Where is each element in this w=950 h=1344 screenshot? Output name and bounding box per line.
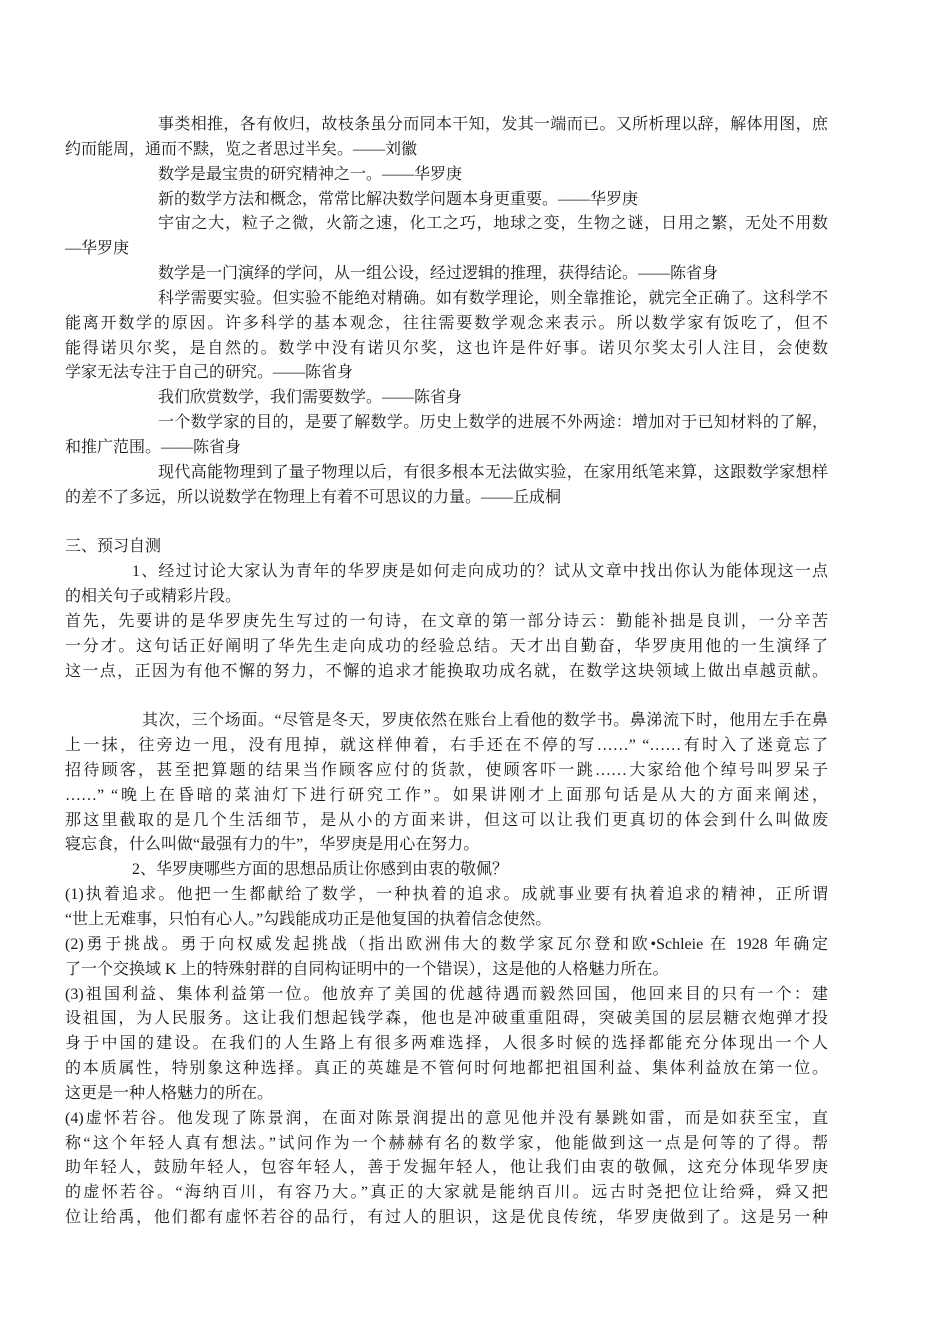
quote-chen-xingshen-2: 科学需要实验。但实验不能绝对精确。如有数学理论，则全靠推论，就完全正确了。这科学… [65,287,828,386]
text-line: 这一点，正因为有他不懈的努力，不懈的追求才能换取功成名就，在数学这块领域上做出卓… [65,660,828,685]
document-text-body: 事类相推，各有攸归，故枝条虽分而同本干知，发其一端而已。又所析理以辞，解体用图，… [65,113,828,1231]
answer-q2-item-3: (3)祖国利益、集体利益第一位。他放弃了美国的优越待遇而毅然回国，他回来目的只有… [65,983,828,1107]
quote-hua-luogeng-1: 数学是最宝贵的研究精神之一。——华罗庚 [65,163,828,188]
text-line: 的相关句子或精彩片段。 [65,585,828,610]
text-line: 和推广范围。——陈省身 [65,436,828,461]
text-line: 其次，三个场面。“尽管是冬天，罗庚依然在账台上看他的数学书。鼻涕流下时，他用左手… [65,709,828,734]
text-line: 学家无法专注于自己的研究。——陈省身 [65,361,828,386]
text-line: 身于中国的建设。在我们的人生路上有很多两难选择，人很多时候的选择都能充分体现出一… [65,1032,828,1057]
text-line: 设祖国，为人民服务。这让我们想起钱学森，他也是冲破重重阻碍，突破美国的层层糖衣炮… [65,1007,828,1032]
text-line: 2、华罗庚哪些方面的思想品质让你感到由衷的敬佩？ [65,858,828,883]
text-line: 数学是最宝贵的研究精神之一。——华罗庚 [65,163,828,188]
text-line: 三、预习自测 [65,535,828,560]
text-line: 上一抹，往旁边一甩，没有甩掉，就这样伸着，右手还在不停的写……” “……有时入了… [65,734,828,759]
question-1: 1、经过讨论大家认为青年的华罗庚是如何走向成功的？试从文章中找出你认为能体现这一… [65,560,828,610]
section-heading-preview-self-test: 三、预习自测 [65,535,828,560]
text-line: 了一个交换域 K 上的特殊射群的自同构证明中的一个错误），这是他的人格魅力所在。 [65,958,828,983]
text-line: —华罗庚 [65,237,828,262]
text-line: 那这里截取的是几个生活细节，是从小的方面来讲，但这可以让我们更真切的体会到什么叫… [65,809,828,834]
text-line: 一分才。这句话正好阐明了华先生走向成功的经验总结。天才出自勤奋，华罗庚用他的一生… [65,635,828,660]
quote-chen-xingshen-4: 一个数学家的目的，是要了解数学。历史上数学的进展不外两途：增加对于已知材料的了解… [65,411,828,461]
answer-q1-first: 首先，先要讲的是华罗庚先生写过的一句诗，在文章的第一部分诗云：勤能补拙是良训，一… [65,610,828,685]
text-line: 的虚怀若谷。“海纳百川，有容乃大。”真正的大家就是能纳百川。远古时尧把位让给舜，… [65,1181,828,1206]
text-line: 事类相推，各有攸归，故枝条虽分而同本干知，发其一端而已。又所析理以辞，解体用图，… [65,113,828,138]
text-line: 现代高能物理到了量子物理以后，有很多根本无法做实验，在家用纸笔来算，这跟数学家想… [65,461,828,486]
text-line: 位让给禹，他们都有虚怀若谷的品行，有过人的胆识，这是优良传统，华罗庚做到了。这是… [65,1206,828,1231]
text-line: 一个数学家的目的，是要了解数学。历史上数学的进展不外两途：增加对于已知材料的了解… [65,411,828,436]
quote-qiu-chengtong: 现代高能物理到了量子物理以后，有很多根本无法做实验，在家用纸笔来算，这跟数学家想… [65,461,828,511]
document-page: 事类相推，各有攸归，故枝条虽分而同本干知，发其一端而已。又所析理以辞，解体用图，… [0,0,950,1344]
text-line: 数学是一门演绎的学问，从一组公设，经过逻辑的推理，获得结论。——陈省身 [65,262,828,287]
text-line: 能离开数学的原因。许多科学的基本观念，往往需要数学观念来表示。所以数学家有饭吃了… [65,312,828,337]
text-line: 这更是一种人格魅力的所在。 [65,1082,828,1107]
answer-q2-item-1: (1)执着追求。他把一生都献给了数学，一种执着的追求。成就事业要有执着追求的精神… [65,883,828,933]
text-line: (1)执着追求。他把一生都献给了数学，一种执着的追求。成就事业要有执着追求的精神… [65,883,828,908]
answer-q1-second: 其次，三个场面。“尽管是冬天，罗庚依然在账台上看他的数学书。鼻涕流下时，他用左手… [65,709,828,858]
text-line: 约而能周，通而不黩，览之者思过半矣。——刘徽 [65,138,828,163]
text-line: 招待顾客，甚至把算题的结果当作顾客应付的货款，使顾客吓一跳……大家给他个绰号叫罗… [65,759,828,784]
answer-q2-item-2: (2)勇于挑战。勇于向权威发起挑战（指出欧洲伟大的数学家瓦尔登和欧•Schlei… [65,933,828,983]
quote-chen-xingshen-1: 数学是一门演绎的学问，从一组公设，经过逻辑的推理，获得结论。——陈省身 [65,262,828,287]
blank-line [65,511,828,536]
quote-hua-luogeng-2: 新的数学方法和概念，常常比解决数学问题本身更重要。——华罗庚 [65,188,828,213]
quote-hua-luogeng-3: 宇宙之大，粒子之微，火箭之速，化工之巧，地球之变，生物之谜，日用之繁，无处不用数… [65,212,828,262]
text-line: (3)祖国利益、集体利益第一位。他放弃了美国的优越待遇而毅然回国，他回来目的只有… [65,983,828,1008]
text-line: 首先，先要讲的是华罗庚先生写过的一句诗，在文章的第一部分诗云：勤能补拙是良训，一… [65,610,828,635]
text-line: 的本质属性，特别象这种选择。真正的英雄是不管何时何地都把祖国利益、集体利益放在第… [65,1057,828,1082]
quote-liu-hui: 事类相推，各有攸归，故枝条虽分而同本干知，发其一端而已。又所析理以辞，解体用图，… [65,113,828,163]
text-line: ……” “晚上在昏暗的菜油灯下进行研究工作”。如果讲刚才上面那句话是从大的方面来… [65,784,828,809]
text-line: 宇宙之大，粒子之微，火箭之速，化工之巧，地球之变，生物之谜，日用之繁，无处不用数… [65,212,828,237]
blank-line [65,684,828,709]
text-line: 助年轻人，鼓励年轻人，包容年轻人，善于发掘年轻人，他让我们由衷的敬佩，这充分体现… [65,1156,828,1181]
text-line: 称“这个年轻人真有想法。”试问作为一个赫赫有名的数学家，他能做到这一点是何等的了… [65,1132,828,1157]
text-line: 寝忘食，什么叫做“最强有力的牛”，华罗庚是用心在努力。 [65,833,828,858]
text-line: 1、经过讨论大家认为青年的华罗庚是如何走向成功的？试从文章中找出你认为能体现这一… [65,560,828,585]
text-line: (4)虚怀若谷。他发现了陈景润，在面对陈景润提出的意见他并没有暴跳如雷，而是如获… [65,1107,828,1132]
text-line: 我们欣赏数学，我们需要数学。——陈省身 [65,386,828,411]
text-line: “世上无难事，只怕有心人。”勾践能成功正是他复国的执着信念使然。 [65,908,828,933]
question-2: 2、华罗庚哪些方面的思想品质让你感到由衷的敬佩？ [65,858,828,883]
text-line: 的差不了多远，所以说数学在物理上有着不可思议的力量。——丘成桐 [65,486,828,511]
text-line: 新的数学方法和概念，常常比解决数学问题本身更重要。——华罗庚 [65,188,828,213]
quote-chen-xingshen-3: 我们欣赏数学，我们需要数学。——陈省身 [65,386,828,411]
text-line: 科学需要实验。但实验不能绝对精确。如有数学理论，则全靠推论，就完全正确了。这科学… [65,287,828,312]
answer-q2-item-4: (4)虚怀若谷。他发现了陈景润，在面对陈景润提出的意见他并没有暴跳如雷，而是如获… [65,1107,828,1231]
text-line: (2)勇于挑战。勇于向权威发起挑战（指出欧洲伟大的数学家瓦尔登和欧•Schlei… [65,933,828,958]
text-line: 能得诺贝尔奖，是自然的。数学中没有诺贝尔奖，这也许是件好事。诺贝尔奖太引人注目，… [65,337,828,362]
